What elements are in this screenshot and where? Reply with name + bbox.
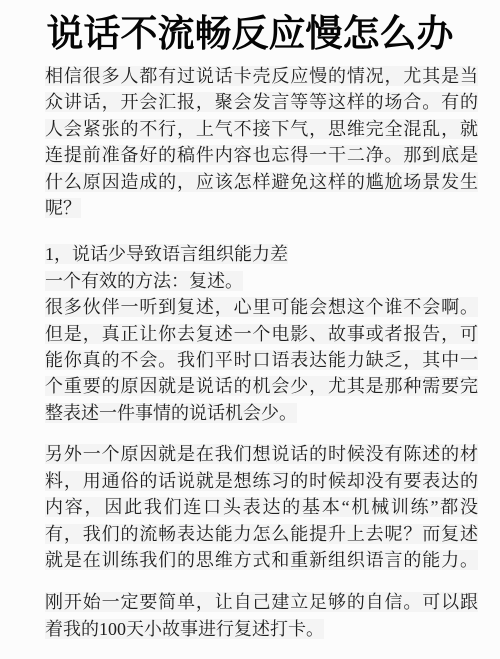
text-line: 什么原因造成的，应该怎样避免这样的尴尬场景发生 [45,169,478,195]
text-line: 但是，真正让你去复述一个电影、故事或者报告，可 [45,321,478,347]
text-line: 连提前准备好的稿件内容也忘得一干二净。那到底是 [45,142,478,168]
page-title: 说话不流畅反应慢怎么办 [0,0,500,55]
text-line-text: 另外一个原因就是在我们想说话的时候没有陈述的材 [45,444,478,464]
paragraph-closing: 刚开始一定要简单，让自己建立足够的自信。可以跟 着我的100天小故事进行复述打卡… [45,589,478,642]
text-line-text: 料，用通俗的话说就是想练习的时候却没有要表达的 [45,471,478,491]
text-line: 就是在训练我们的思维方式和重新组织语言的能力。 [45,547,478,573]
text-line: 内容，因此我们连口头表达的基本“机械训练”都没 [45,494,478,520]
article-body: 相信很多人都有过说话卡壳反应慢的情况，尤其是当 众讲话，开会汇报，聚会发言等等这… [0,63,500,642]
text-line: 相信很多人都有过说话卡壳反应慢的情况，尤其是当 [45,63,478,89]
text-line-text: 整表述一件事情的说话机会少。 [45,403,297,423]
text-line-text: 什么原因造成的，应该怎样避免这样的尴尬场景发生 [45,172,478,192]
text-line-text: 连提前准备好的稿件内容也忘得一干二净。那到底是 [45,145,478,165]
text-line: 众讲话，开会汇报，聚会发言等等这样的场合。有的 [45,89,478,115]
text-line: 刚开始一定要简单，让自己建立足够的自信。可以跟 [45,589,478,615]
article-page: 说话不流畅反应慢怎么办 相信很多人都有过说话卡壳反应慢的情况，尤其是当 众讲话，… [0,0,500,659]
paragraph-section1: 1，说话少导致语言组织能力差 一个有效的方法：复述。 很多伙伴一听到复述，心里可… [45,241,478,426]
paragraph-section1-continued: 另外一个原因就是在我们想说话的时候没有陈述的材 料，用通俗的话说就是想练习的时候… [45,441,478,573]
paragraph-intro: 相信很多人都有过说话卡壳反应慢的情况，尤其是当 众讲话，开会汇报，聚会发言等等这… [45,63,478,221]
text-line: 整表述一件事情的说话机会少。 [45,400,478,426]
section-heading-line: 1，说话少导致语言组织能力差 [45,241,478,267]
text-line: 很多伙伴一听到复述，心里可能会想这个谁不会啊。 [45,294,478,320]
text-line-text: 内容，因此我们连口头表达的基本“机械训练”都没 [45,497,478,517]
text-line: 个重要的原因就是说话的机会少，尤其是那种需要完 [45,373,478,399]
text-line: 有，我们的流畅表达能力怎么能提升上去呢？而复述 [45,521,478,547]
text-line: 料，用通俗的话说就是想练习的时候却没有要表达的 [45,468,478,494]
text-line: 人会紧张的不行，上气不接下气，思维完全混乱，就 [45,116,478,142]
text-line-text: 呢？ [45,198,81,218]
text-line: 一个有效的方法：复述。 [45,268,478,294]
text-line-text: 有，我们的流畅表达能力怎么能提升上去呢？而复述 [45,524,478,544]
text-line-text: 很多伙伴一听到复述，心里可能会想这个谁不会啊。 [45,297,478,317]
text-line-text: 能你真的不会。我们平时口语表达能力缺乏，其中一 [45,350,478,370]
text-line-text: 人会紧张的不行，上气不接下气，思维完全混乱，就 [45,119,478,139]
text-line-text: 一个有效的方法：复述。 [45,271,243,291]
text-line: 呢？ [45,195,478,221]
text-line-text: 刚开始一定要简单，让自己建立足够的自信。可以跟 [45,592,478,612]
text-line-text: 相信很多人都有过说话卡壳反应慢的情况，尤其是当 [45,66,478,86]
text-line-text: 个重要的原因就是说话的机会少，尤其是那种需要完 [45,376,478,396]
text-line-text: 着我的100天小故事进行复述打卡。 [45,619,324,639]
text-line: 着我的100天小故事进行复述打卡。 [45,616,478,642]
text-line: 能你真的不会。我们平时口语表达能力缺乏，其中一 [45,347,478,373]
text-line-text: 众讲话，开会汇报，聚会发言等等这样的场合。有的 [45,92,478,112]
text-line-text: 1，说话少导致语言组织能力差 [45,244,288,264]
text-line-text: 就是在训练我们的思维方式和重新组织语言的能力。 [45,550,478,570]
text-line-text: 但是，真正让你去复述一个电影、故事或者报告，可 [45,324,478,344]
text-line: 另外一个原因就是在我们想说话的时候没有陈述的材 [45,441,478,467]
